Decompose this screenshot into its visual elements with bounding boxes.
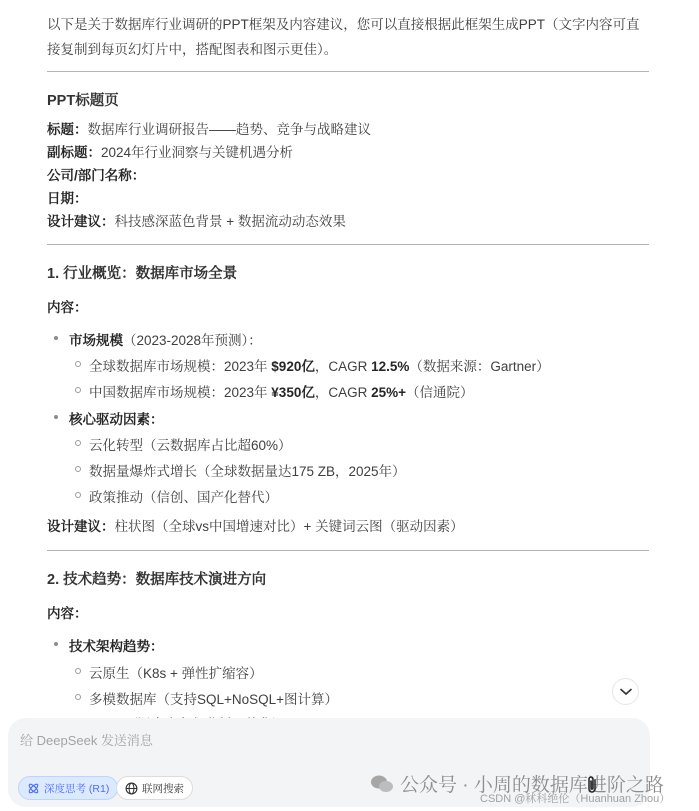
list-subitem: 多模数据库（支持SQL+NoSQL+图计算） bbox=[89, 688, 338, 708]
value: 25%+ bbox=[371, 385, 406, 400]
design-line: 设计建议：柱状图（全球vs中国增速对比）+ 关键词云图（驱动因素） bbox=[47, 515, 464, 538]
subtitle-line: 副标题：2024年行业洞察与关键机遇分析 bbox=[47, 141, 293, 164]
text: ，CAGR bbox=[315, 385, 371, 400]
key-label: 设计建议： bbox=[47, 214, 115, 229]
value-text: 数据库行业调研报告——趋势、竞争与战略建议 bbox=[88, 122, 372, 137]
divider bbox=[47, 244, 649, 245]
item-text: （2023-2028年预测）： bbox=[123, 333, 262, 348]
text: 中国数据库市场规模：2023年 bbox=[89, 385, 271, 400]
deep-think-toggle[interactable]: 深度思考 (R1) bbox=[18, 776, 118, 800]
list-subitem: 云原生（K8s + 弹性扩缩容） bbox=[89, 662, 263, 682]
scroll-to-bottom-button[interactable] bbox=[612, 678, 639, 705]
chevron-down-icon bbox=[620, 688, 632, 696]
text: （数据来源：Gartner） bbox=[409, 359, 549, 374]
list-item: 核心驱动因素： bbox=[69, 408, 164, 428]
value: ¥350亿 bbox=[271, 385, 315, 400]
title-line: 标题：数据库行业调研报告——趋势、竞争与战略建议 bbox=[47, 118, 371, 141]
atom-icon bbox=[27, 782, 40, 795]
divider bbox=[47, 71, 649, 72]
paperclip-icon bbox=[585, 775, 599, 795]
list-item: 技术架构趋势： bbox=[69, 635, 164, 655]
deep-think-label: 深度思考 (R1) bbox=[44, 781, 109, 796]
list-subitem: 中国数据库市场规模：2023年 ¥350亿，CAGR 25%+（信通院） bbox=[89, 381, 474, 401]
watermark-csdn: CSDN @秫科绝伦（Huanhuan Zhou） bbox=[480, 790, 670, 806]
value-text: 柱状图（全球vs中国增速对比）+ 关键词云图（驱动因素） bbox=[115, 519, 464, 534]
list-subitem: 全球数据库市场规模：2023年 $920亿，CAGR 12.5%（数据来源：Ga… bbox=[89, 355, 550, 375]
value: $920亿 bbox=[271, 359, 315, 374]
web-search-label: 联网搜索 bbox=[142, 781, 184, 796]
intro-text: 以下是关于数据库行业调研的PPT框架及内容建议，您可以直接根据此框架生成PPT（… bbox=[47, 12, 649, 62]
value: 12.5% bbox=[371, 359, 409, 374]
section-heading-2: 2. 技术趋势：数据库技术演进方向 bbox=[47, 568, 266, 589]
list-subitem: 政策推动（信创、国产化替代） bbox=[89, 486, 278, 506]
content-label: 内容： bbox=[47, 296, 88, 316]
key-label: 副标题： bbox=[47, 145, 101, 160]
globe-icon bbox=[125, 782, 138, 795]
web-search-toggle[interactable]: 联网搜索 bbox=[116, 776, 193, 800]
value-text: 2024年行业洞察与关键机遇分析 bbox=[101, 145, 293, 160]
text: （信通院） bbox=[406, 385, 474, 400]
divider bbox=[47, 550, 649, 551]
wechat-icon bbox=[370, 774, 394, 794]
key-label: 日期： bbox=[47, 191, 88, 206]
content-label: 内容： bbox=[47, 602, 88, 622]
item-label: 技术架构趋势： bbox=[69, 639, 164, 654]
list-subitem: 数据量爆炸式增长（全球数据量达175 ZB，2025年） bbox=[89, 460, 406, 480]
date-line: 日期： bbox=[47, 187, 88, 210]
list-subitem: 云化转型（云数据库占比超60%） bbox=[89, 434, 292, 454]
item-label: 核心驱动因素： bbox=[69, 412, 164, 427]
item-label: 市场规模 bbox=[69, 333, 123, 348]
message-input[interactable]: 给 DeepSeek 发送消息 bbox=[20, 730, 153, 749]
design-line: 设计建议：科技感深蓝色背景 + 数据流动动态效果 bbox=[47, 210, 346, 233]
key-label: 设计建议： bbox=[47, 519, 115, 534]
key-label: 标题： bbox=[47, 122, 88, 137]
key-label: 公司/部门名称： bbox=[47, 168, 145, 183]
value-text: 科技感深蓝色背景 + 数据流动动态效果 bbox=[115, 214, 346, 229]
attachment-button[interactable] bbox=[585, 775, 599, 800]
text: 全球数据库市场规模：2023年 bbox=[89, 359, 271, 374]
section-heading-title-page: PPT标题页 bbox=[47, 89, 119, 110]
section-heading-1: 1. 行业概览：数据库市场全景 bbox=[47, 262, 237, 283]
list-item: 市场规模（2023-2028年预测）： bbox=[69, 329, 262, 349]
company-line: 公司/部门名称： bbox=[47, 164, 145, 187]
text: ，CAGR bbox=[315, 359, 371, 374]
